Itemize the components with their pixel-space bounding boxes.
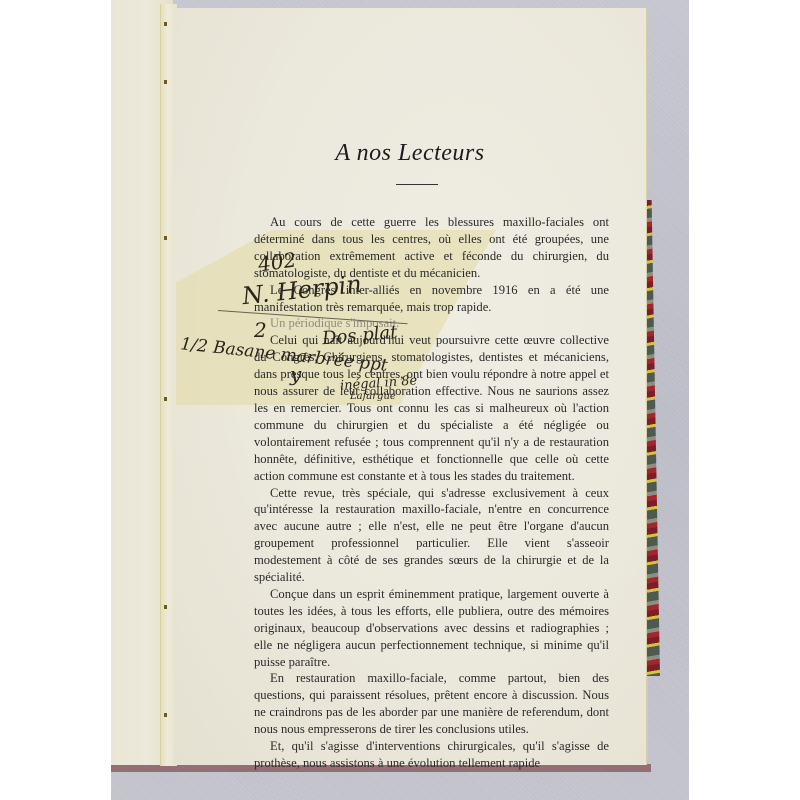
binding-stitch (164, 397, 167, 401)
paragraph: Un périodique s'imposait. (254, 315, 609, 332)
paragraph: En restauration maxillo-faciale, comme p… (254, 670, 609, 738)
handwritten-initial: y (290, 362, 301, 386)
handwritten-note: Lafargue (350, 391, 396, 402)
paragraph: Et, qu'il s'agisse d'interventions chiru… (254, 738, 609, 772)
title-rule (396, 184, 438, 185)
binding-stitch (164, 236, 167, 240)
page-title: A nos Lecteurs (174, 140, 646, 167)
binding-stitch (164, 80, 167, 84)
paragraph: Conçue dans un esprit éminemment pratiqu… (254, 586, 609, 671)
binding-stitch (164, 713, 167, 717)
handwritten-count: 2 (254, 318, 267, 342)
binding-stitch (164, 605, 167, 609)
paragraph: Au cours de cette guerre les blessures m… (254, 214, 609, 282)
paragraph: Cette revue, très spéciale, qui s'adress… (254, 485, 609, 586)
binding-stitch (164, 22, 167, 26)
